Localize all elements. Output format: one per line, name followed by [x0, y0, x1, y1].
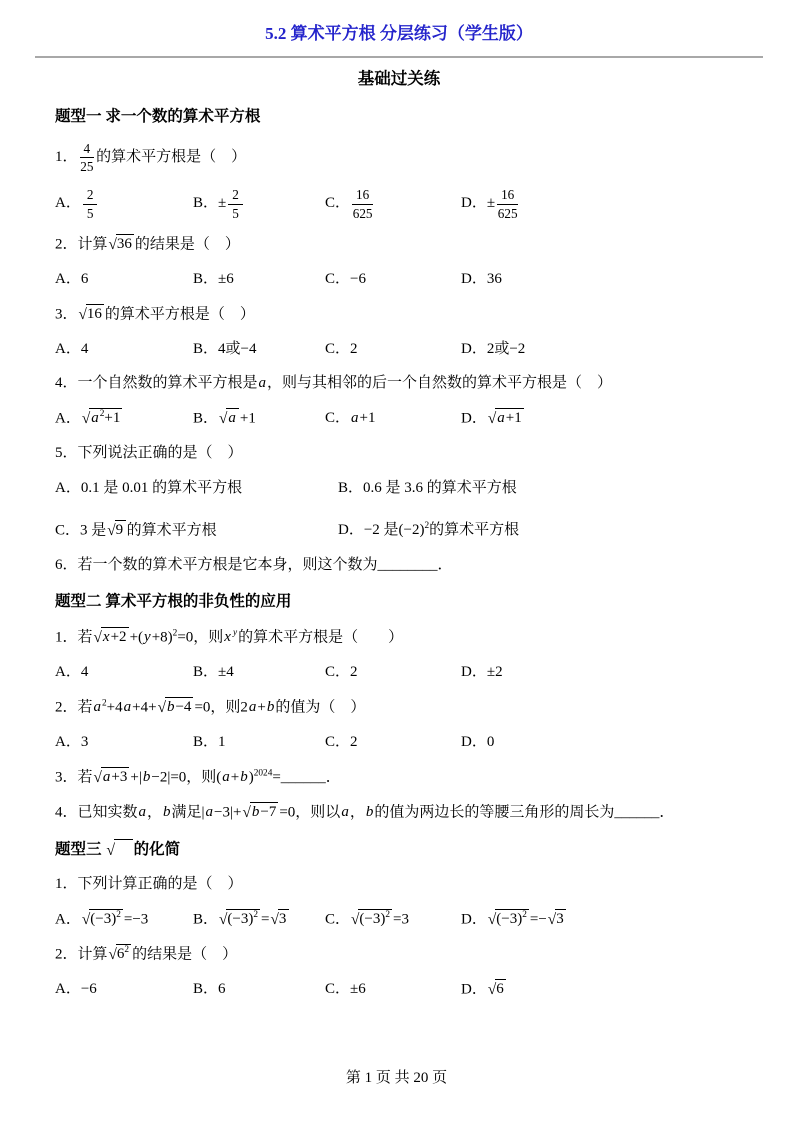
option-c: C．2: [325, 732, 461, 754]
question-s1-q6: 6．若一个数的算术平方根是它本身，则这个数为________．: [55, 555, 743, 577]
option-c: C．√(−3)2=3: [325, 909, 461, 931]
options-s2-q2: A．3 B．1 C．2 D．0: [55, 732, 743, 754]
option-b: B．1: [193, 732, 325, 754]
question-s1-q5: 5．下列说法正确的是（ ）: [55, 443, 743, 465]
question-s2-q1: 1．若√x+2+(y+8)2=0，则xy的算术平方根是（ ）: [55, 627, 743, 649]
option-c: C．2: [325, 339, 461, 361]
option-b: B．√(−3)2=√3: [193, 909, 325, 931]
page-number: 第 1 页 共 20 页: [346, 1070, 447, 1086]
option-d: D．2或−2: [461, 339, 743, 361]
option-c: C．2: [325, 662, 461, 684]
question-s2-q3: 3．若√a+3+|b−2|=0，则(a+b)2024=______．: [55, 767, 743, 789]
option-b: B．√a+1: [193, 408, 325, 430]
question-s1-q4: 4．一个自然数的算术平方根是a，则与其相邻的后一个自然数的算术平方根是（ ）: [55, 373, 743, 395]
option-b: B．0.6 是 3.6 的算术平方根: [338, 478, 743, 500]
option-a: A．4: [55, 662, 193, 684]
question-s3-q1: 1．下列计算正确的是（ ）: [55, 874, 743, 896]
option-a: A．√(−3)2=−3: [55, 909, 193, 931]
option-d: D．±16625: [461, 187, 743, 220]
option-d: D．−2 是(−2)2的算术平方根: [338, 520, 743, 542]
worksheet-page: 5.2 算术平方根 分层练习（学生版） 基础过关练 题型一 求一个数的算术平方根…: [0, 0, 793, 1122]
option-b: B．±25: [193, 187, 325, 220]
option-a: A．25: [55, 187, 193, 220]
option-a: A．−6: [55, 979, 193, 1001]
question-s2-q4: 4．已知实数a，b满足|a−3|+√b−7=0，则以a，b的值为两边长的等腰三角…: [55, 802, 743, 824]
option-c: C．3 是√9的算术平方根: [55, 520, 338, 542]
option-b: B．±4: [193, 662, 325, 684]
option-b: B．6: [193, 979, 325, 1001]
option-d: D．±2: [461, 662, 743, 684]
question-s1-q3: 3．√16的算术平方根是（ ）: [55, 304, 743, 326]
topic-2-heading: 题型二 算术平方根的非负性的应用: [55, 591, 743, 613]
question-s2-q2: 2．若a2+4a+4+√b−4=0，则2a+b的值为（ ）: [55, 697, 743, 719]
options-s3-q1: A．√(−3)2=−3 B．√(−3)2=√3 C．√(−3)2=3 D．√(−…: [55, 909, 743, 931]
options-s1-q4: A．√a2+1 B．√a+1 C．a+1 D．√a+1: [55, 408, 743, 430]
option-d: D．√a+1: [461, 408, 743, 430]
question-s3-q2: 2．计算√62的结果是（ ）: [55, 944, 743, 966]
option-a: A．6: [55, 269, 193, 291]
page-title: 5.2 算术平方根 分层练习（学生版）: [55, 22, 743, 47]
option-c: C．−6: [325, 269, 461, 291]
options-s1-q3: A．4 B．4或−4 C．2 D．2或−2: [55, 339, 743, 361]
option-c: C．16625: [325, 187, 461, 220]
option-b: B．4或−4: [193, 339, 325, 361]
options-s1-q2: A．6 B．±6 C．−6 D．36: [55, 269, 743, 291]
option-a: A．√a2+1: [55, 408, 193, 430]
topic-3-heading: 题型三 √ 的化简: [55, 839, 743, 862]
option-d: D．36: [461, 269, 743, 291]
option-a: A．3: [55, 732, 193, 754]
page-footer: 第 1 页 共 20 页: [0, 1068, 793, 1090]
option-d: D．0: [461, 732, 743, 754]
question-s1-q2: 2．计算√36的结果是（ ）: [55, 234, 743, 256]
options-s1-q5: A．0.1 是 0.01 的算术平方根 B．0.6 是 3.6 的算术平方根 C…: [55, 478, 743, 542]
practice-subtitle: 基础过关练: [55, 67, 743, 91]
option-c: C．a+1: [325, 408, 461, 430]
option-d: D．√(−3)2=−√3: [461, 909, 743, 931]
options-s1-q1: A．25 B．±25 C．16625 D．±16625: [55, 187, 743, 220]
options-s2-q1: A．4 B．±4 C．2 D．±2: [55, 662, 743, 684]
option-b: B．±6: [193, 269, 325, 291]
topic-1-heading: 题型一 求一个数的算术平方根: [55, 106, 743, 128]
options-s3-q2: A．−6 B．6 C．±6 D．√6: [55, 979, 743, 1001]
option-a: A．0.1 是 0.01 的算术平方根: [55, 478, 338, 500]
header-divider: [35, 56, 763, 58]
option-c: C．±6: [325, 979, 461, 1001]
option-d: D．√6: [461, 979, 743, 1001]
option-a: A．4: [55, 339, 193, 361]
question-s1-q1: 1．425的算术平方根是（ ）: [55, 141, 743, 174]
